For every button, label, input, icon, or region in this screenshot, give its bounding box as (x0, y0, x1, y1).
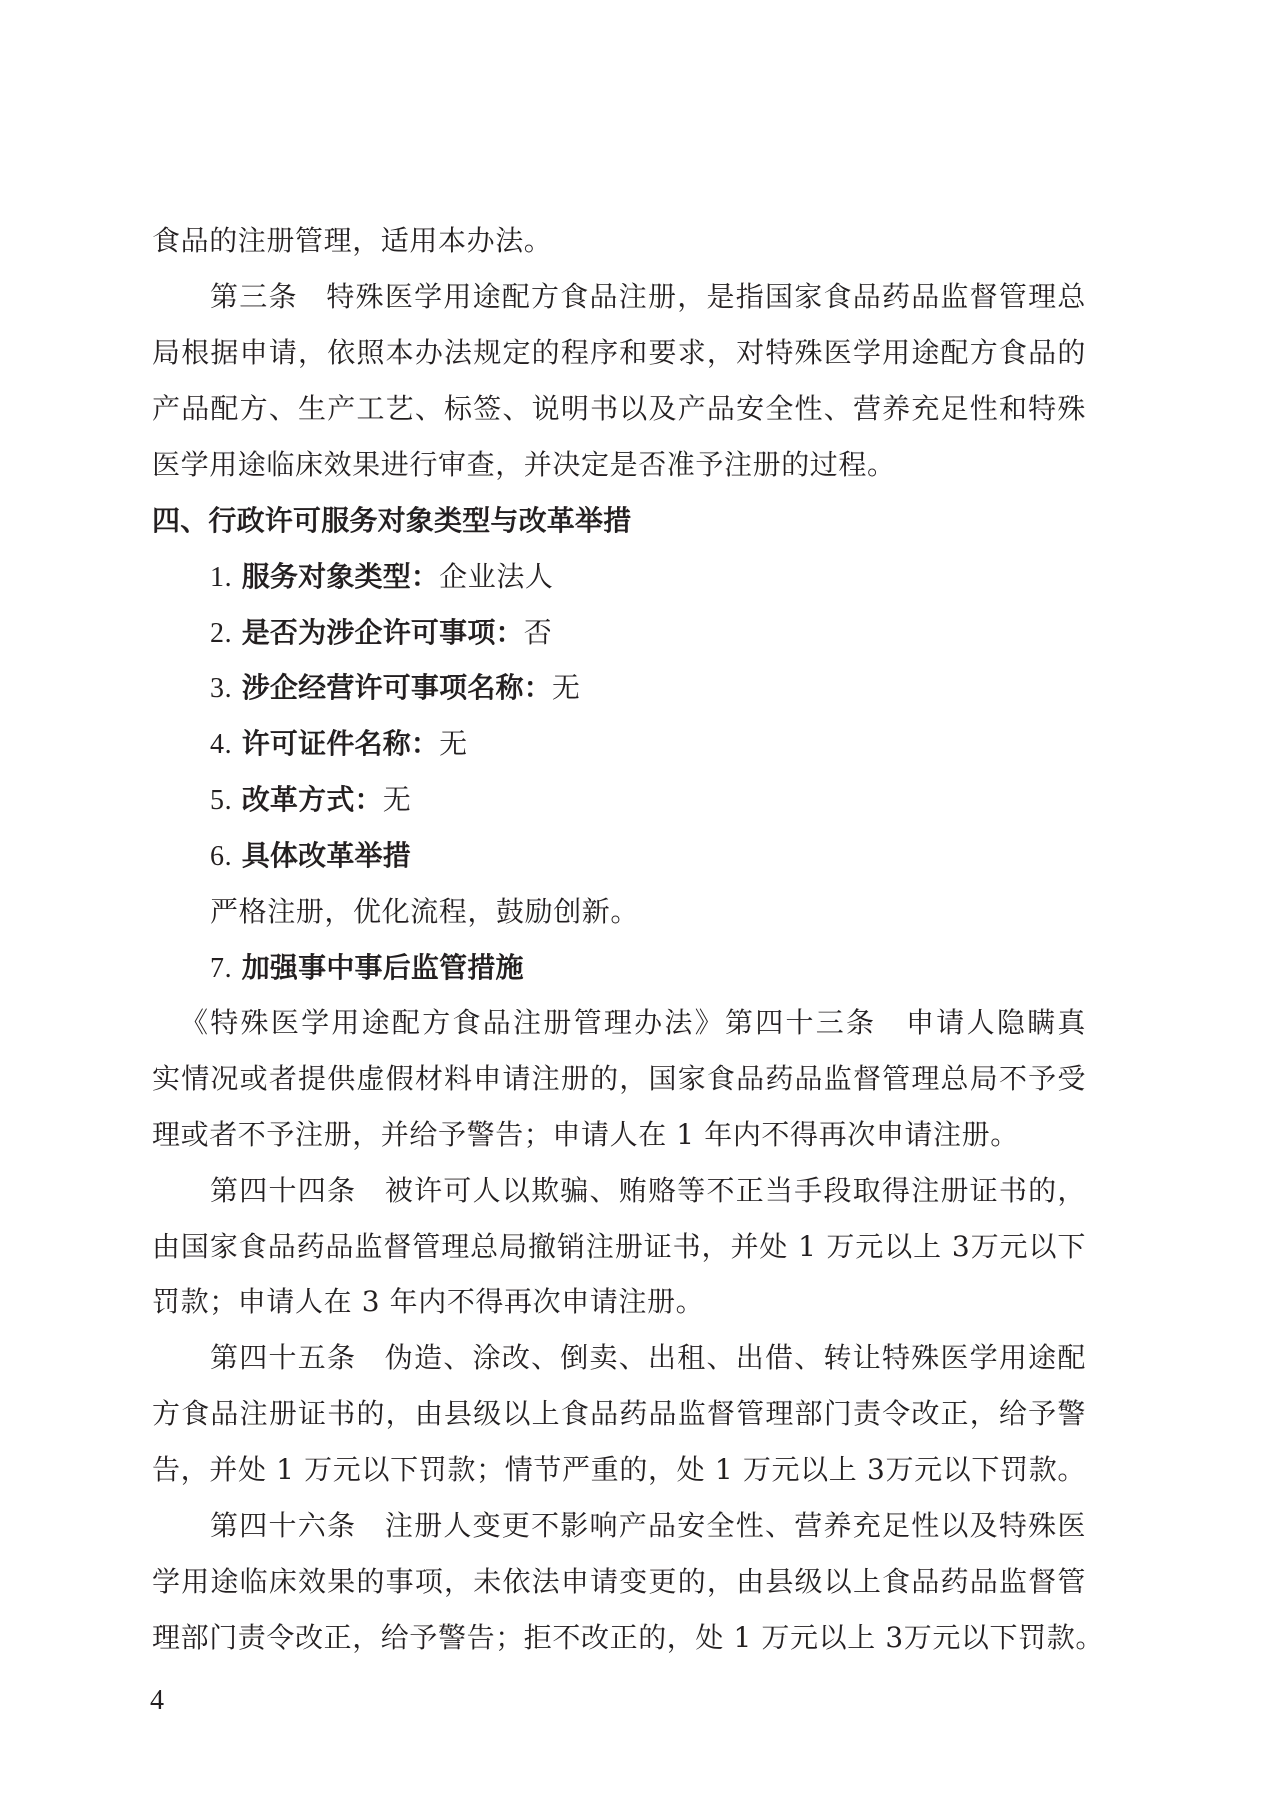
paragraph-line: 食品的注册管理，适用本办法。 (152, 221, 1086, 261)
text-line: 告，并处 1 万元以下罚款；情节严重的，处 1 万元以上 3万元以下罚款。 (152, 1453, 1086, 1486)
item-number: 4. (210, 729, 232, 760)
item-number: 2. (210, 618, 232, 649)
article-46-line-2: 学用途临床效果的事项，未依法申请变更的，由县级以上食品药品监督管 (152, 1562, 1086, 1602)
article-44-line-1: 第四十四条被许可人以欺骗、贿赂等不正当手段取得注册证书的， (210, 1171, 1086, 1211)
article-3-line-3: 产品配方、生产工艺、标签、说明书以及产品安全性、营养充足性和特殊 (152, 389, 1086, 429)
item-2: 2. 是否为涉企许可事项：否 (210, 613, 1086, 653)
item-value: 无 (439, 727, 468, 760)
document-page: 食品的注册管理，适用本办法。 第三条特殊医学用途配方食品注册，是指国家食品药品监… (0, 0, 1280, 1806)
section-heading-text: 四、行政许可服务对象类型与改革举措 (152, 504, 631, 537)
item-label: 涉企经营许可事项名称： (242, 671, 552, 704)
page-number: 4 (150, 1684, 164, 1718)
article-3-line-4: 医学用途临床效果进行审查，并决定是否准予注册的过程。 (152, 445, 1086, 485)
article-45-line-2: 方食品注册证书的，由县级以上食品药品监督管理部门责令改正，给予警 (152, 1394, 1086, 1434)
item-4: 4. 许可证件名称：无 (210, 724, 1086, 764)
item-label: 具体改革举措 (242, 839, 411, 872)
item-1: 1. 服务对象类型：企业法人 (210, 557, 1086, 597)
text-line: 伪造、涂改、倒卖、出租、出借、转让特殊医学用途配 (384, 1341, 1086, 1374)
item-value: 无 (383, 783, 412, 816)
item-label: 许可证件名称： (242, 727, 439, 760)
text-line: 理或者不予注册，并给予警告；申请人在 1 年内不得再次申请注册。 (152, 1118, 1019, 1151)
text-line: 实情况或者提供虚假材料申请注册的，国家食品药品监督管理总局不予受 (152, 1062, 1086, 1095)
item-label: 服务对象类型： (242, 560, 439, 593)
article-45-line-1: 第四十五条伪造、涂改、倒卖、出租、出借、转让特殊医学用途配 (210, 1338, 1086, 1378)
article-44-line-2: 由国家食品药品监督管理总局撤销注册证书，并处 1 万元以上 3万元以下 (152, 1227, 1086, 1267)
article-3-line-1: 第三条特殊医学用途配方食品注册，是指国家食品药品监督管理总 (210, 277, 1086, 317)
article-number: 第三条 (210, 280, 298, 313)
article-number: 《特殊医学用途配方食品注册管理办法》第四十三条 (180, 1006, 876, 1039)
text-line: 注册人变更不影响产品安全性、营养充足性以及特殊医 (384, 1509, 1086, 1542)
article-number: 第四十五条 (210, 1341, 356, 1374)
item-5: 5. 改革方式：无 (210, 780, 1086, 820)
article-45-line-3: 告，并处 1 万元以下罚款；情节严重的，处 1 万元以上 3万元以下罚款。 (152, 1450, 1086, 1490)
text-line: 局根据申请，依照本办法规定的程序和要求，对特殊医学用途配方食品的 (152, 336, 1086, 369)
text-line: 医学用途临床效果进行审查，并决定是否准予注册的过程。 (152, 448, 896, 481)
item-value: 企业法人 (439, 560, 553, 593)
text-line: 产品配方、生产工艺、标签、说明书以及产品安全性、营养充足性和特殊 (152, 392, 1086, 425)
item-number: 1. (210, 562, 232, 593)
article-46-line-3: 理部门责令改正，给予警告；拒不改正的，处 1 万元以上 3万元以下罚款。 (152, 1618, 1086, 1658)
item-number: 5. (210, 785, 232, 816)
reform-measures-text: 严格注册，优化流程，鼓励创新。 (210, 892, 1086, 932)
article-43-line-3: 理或者不予注册，并给予警告；申请人在 1 年内不得再次申请注册。 (152, 1115, 1086, 1155)
article-3-line-2: 局根据申请，依照本办法规定的程序和要求，对特殊医学用途配方食品的 (152, 333, 1086, 373)
text-line: 方食品注册证书的，由县级以上食品药品监督管理部门责令改正，给予警 (152, 1397, 1086, 1430)
item-6: 6. 具体改革举措 (210, 836, 1086, 876)
text-line: 严格注册，优化流程，鼓励创新。 (210, 895, 639, 928)
item-label: 是否为涉企许可事项： (242, 616, 524, 649)
item-number: 7. (210, 953, 232, 984)
text-line: 学用途临床效果的事项，未依法申请变更的，由县级以上食品药品监督管 (152, 1565, 1086, 1598)
item-label: 改革方式： (242, 783, 383, 816)
section-heading: 四、行政许可服务对象类型与改革举措 (152, 501, 1086, 541)
article-number: 第四十六条 (210, 1509, 356, 1542)
item-number: 3. (210, 673, 232, 704)
item-3: 3. 涉企经营许可事项名称：无 (210, 668, 1086, 708)
text-line: 特殊医学用途配方食品注册，是指国家食品药品监督管理总 (326, 280, 1086, 313)
item-value: 无 (552, 671, 581, 704)
text-line: 申请人隐瞒真 (904, 1006, 1086, 1039)
text-line: 被许可人以欺骗、贿赂等不正当手段取得注册证书的， (384, 1174, 1086, 1207)
item-label: 加强事中事后监管措施 (242, 951, 524, 984)
item-value: 否 (524, 616, 553, 649)
text-line: 食品的注册管理，适用本办法。 (152, 224, 552, 257)
item-number: 6. (210, 841, 232, 872)
text-line: 由国家食品药品监督管理总局撤销注册证书，并处 1 万元以上 3万元以下 (152, 1230, 1086, 1263)
article-43-line-1: 《特殊医学用途配方食品注册管理办法》第四十三条申请人隐瞒真 (180, 1003, 1086, 1043)
text-line: 理部门责令改正，给予警告；拒不改正的，处 1 万元以上 3万元以下罚款。 (152, 1621, 1104, 1654)
article-number: 第四十四条 (210, 1174, 356, 1207)
text-line: 罚款；申请人在 3 年内不得再次申请注册。 (152, 1285, 704, 1318)
item-7: 7. 加强事中事后监管措施 (210, 948, 1086, 988)
article-46-line-1: 第四十六条注册人变更不影响产品安全性、营养充足性以及特殊医 (210, 1506, 1086, 1546)
article-43-line-2: 实情况或者提供虚假材料申请注册的，国家食品药品监督管理总局不予受 (152, 1059, 1086, 1099)
article-44-line-3: 罚款；申请人在 3 年内不得再次申请注册。 (152, 1282, 1086, 1322)
